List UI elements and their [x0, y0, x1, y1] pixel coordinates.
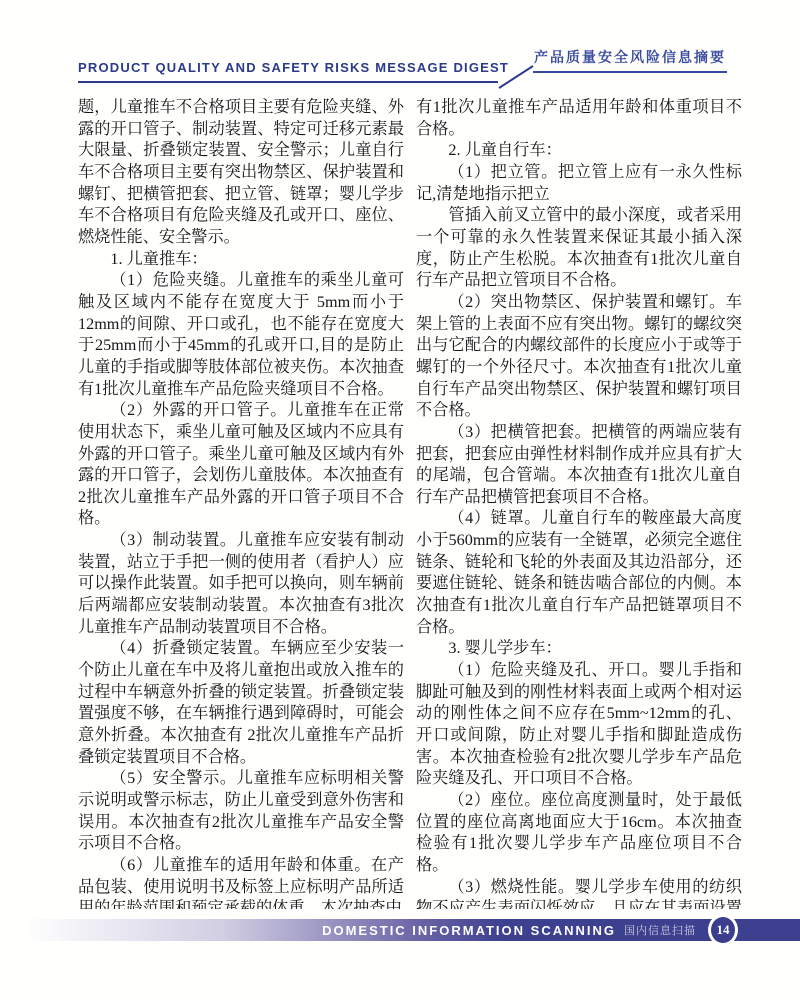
text-column-left: 题，儿童推车不合格项目主要有危险夹缝、外露的开口管子、制动装置、特定可迁移元素最…: [78, 97, 404, 909]
header-title-zh: 产品质量安全风险信息摘要: [533, 47, 727, 73]
paragraph: （1）危险夹缝及孔、开口。婴儿手指和脚趾可触及到的刚性材料表面上或两个相对运动的…: [416, 660, 742, 790]
text-column-right: 有1批次儿童推车产品适用年龄和体重项目不合格。2. 儿童自行车：（1）把立管。把…: [416, 97, 742, 909]
header-divider-slash-icon: [496, 64, 536, 90]
paragraph: 2. 儿童自行车：: [416, 140, 742, 162]
paragraph: 3. 婴儿学步车：: [416, 638, 742, 660]
document-page: PRODUCT QUALITY AND SAFETY RISKS MESSAGE…: [0, 0, 800, 1000]
paragraph: （6）儿童推车的适用年龄和体重。在产品包装、使用说明书及标签上应标明产品所适用的…: [78, 855, 404, 909]
paragraph: （1）危险夹缝。儿童推车的乘坐儿童可触及区域内不能存在宽度大于 5mm而小于12…: [78, 270, 404, 400]
paragraph: 有1批次儿童推车产品适用年龄和体重项目不合格。: [416, 97, 742, 140]
paragraph: （1）把立管。把立管上应有一永久性标记,清楚地指示把立: [416, 162, 742, 205]
paragraph: （2）外露的开口管子。儿童推车在正常使用状态下，乘坐儿童可触及区域内不应具有外露…: [78, 400, 404, 530]
page-number-badge: 14: [708, 914, 738, 946]
paragraph: （3）制动装置。儿童推车应安装有制动装置，站立于手把一侧的使用者（看护人）应可以…: [78, 530, 404, 638]
paragraph: （4）折叠锁定装置。车辆应至少安装一个防止儿童在车中及将儿童抱出或放入推车的过程…: [78, 638, 404, 768]
paragraph: （5）安全警示。儿童推车应标明相关警示说明或警示标志，防止儿童受到意外伤害和误用…: [78, 768, 404, 855]
paragraph: （4）链罩。儿童自行车的鞍座最大高度小于560mm的应装有一全链罩，必须完全遮住…: [416, 508, 742, 638]
paragraph: （3）把横管把套。把横管的两端应装有把套，把套应由弹性材料制作成并应具有扩大的尾…: [416, 422, 742, 509]
paragraph: （2）座位。座位高度测量时，处于最低位置的座位高离地面应大于16cm。本次抽查检…: [416, 790, 742, 877]
paragraph: （3）燃烧性能。婴儿学步车使用的纺织物不应产生表面闪烁效应，且应在其表面设置永: [416, 877, 742, 909]
paragraph: 管插入前叉立管中的最小深度，或者采用一个可靠的永久性装置来保证其最小插入深度，防…: [416, 205, 742, 292]
paragraph: 1. 儿童推车：: [78, 249, 404, 271]
footer-bar: DOMESTIC INFORMATION SCANNING 国内信息扫描 14: [0, 919, 800, 941]
paragraph: 题，儿童推车不合格项目主要有危险夹缝、外露的开口管子、制动装置、特定可迁移元素最…: [78, 97, 404, 249]
footer-title-en: DOMESTIC INFORMATION SCANNING: [322, 923, 616, 938]
footer-title-zh: 国内信息扫描: [624, 922, 696, 938]
header-title-en: PRODUCT QUALITY AND SAFETY RISKS MESSAGE…: [78, 60, 498, 83]
paragraph: （2）突出物禁区、保护装置和螺钉。车架上管的上表面不应有突出物。螺钉的螺纹突出与…: [416, 292, 742, 422]
